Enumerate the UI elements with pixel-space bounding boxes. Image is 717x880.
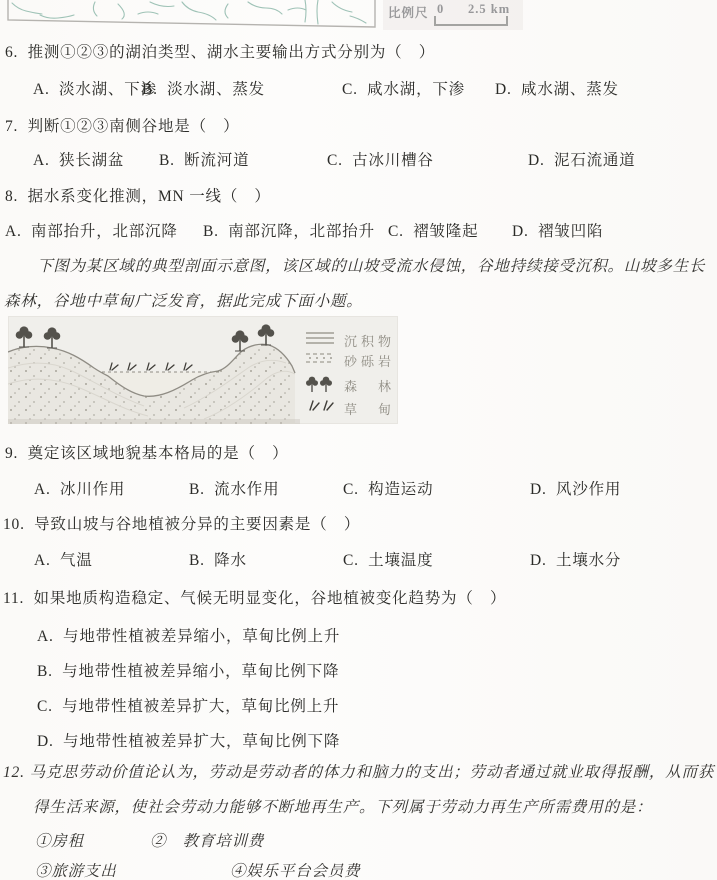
legend-label-gravel: 砂砾岩 xyxy=(344,351,395,370)
photo-bottom-smudge xyxy=(8,419,300,424)
q11-option-c: C. 与地带性植被差异扩大，草甸比例上升 xyxy=(37,696,339,718)
gravel-dots-icon xyxy=(304,350,336,366)
q10-option-d: D. 土壤水分 xyxy=(530,550,621,572)
q8-option-a: A. 南部抬升，北部沉降 xyxy=(5,221,178,243)
q12-item-4: ④娱乐平台会员费 xyxy=(230,861,360,880)
q6-options-row: A. 淡水湖、下渗 B. 淡水湖、蒸发 C. 咸水湖，下渗 D. 咸水湖、蒸发 xyxy=(0,79,717,101)
q9-option-a: A. 冰川作用 xyxy=(34,479,125,501)
q6-option-d: D. 咸水湖、蒸发 xyxy=(495,79,619,101)
q9-option-d: D. 风沙作用 xyxy=(530,479,621,501)
q6-option-a: A. 淡水湖、下渗 xyxy=(33,79,157,101)
q12-items-row-1: ①房租 ② 教育培训费 xyxy=(0,831,717,853)
q7-stem: 7. 判断①②③南侧谷地是（ ） xyxy=(5,116,239,138)
passage-line-1: 下图为某区域的典型剖面示意图，该区域的山坡受流水侵蚀，谷地持续接受沉积。山坡多生… xyxy=(37,256,705,278)
q8-options-row: A. 南部抬升，北部沉降 B. 南部沉降，北部抬升 C. 褶皱隆起 D. 褶皱凹… xyxy=(0,221,717,243)
q7-option-d: D. 泥石流通道 xyxy=(528,150,636,172)
scale-label: 比例尺 xyxy=(388,3,429,21)
exam-page: 比例尺 0 2.5 km 6. 推测①②③的湖泊类型、湖水主要输出方式分别为（ … xyxy=(0,0,717,880)
q9-stem: 9. 奠定该区域地貌基本格局的是（ ） xyxy=(5,443,288,465)
q8-option-d: D. 褶皱凹陷 xyxy=(512,221,603,243)
q12-item-2: ② 教育培训费 xyxy=(150,831,264,853)
q7-option-b: B. 断流河道 xyxy=(159,150,249,172)
q7-option-a: A. 狭长湖盆 xyxy=(33,150,124,172)
q11-stem: 11. 如果地质构造稳定、气候无明显变化，谷地植被变化趋势为（ ） xyxy=(3,588,506,610)
q12-item-3: ③旅游支出 xyxy=(35,861,117,880)
legend-label-meadow: 草 甸 xyxy=(344,399,395,418)
passage-line-2: 森林，谷地中草甸广泛发育，据此完成下面小题。 xyxy=(4,291,363,313)
q10-options-row: A. 气温 B. 降水 C. 土壤温度 D. 土壤水分 xyxy=(0,550,717,572)
q12-items-row-2: ③旅游支出 ④娱乐平台会员费 xyxy=(0,861,717,880)
legend-label-forest: 森 林 xyxy=(344,376,395,395)
map-figure-bottom-strip: 比例尺 0 2.5 km xyxy=(0,0,717,31)
q6-option-c: C. 咸水湖，下渗 xyxy=(342,79,465,101)
meadow-grass-icons xyxy=(110,363,192,370)
q9-options-row: A. 冰川作用 B. 流水作用 C. 构造运动 D. 风沙作用 xyxy=(0,479,717,501)
map-border xyxy=(8,0,375,27)
terrain-svg xyxy=(8,316,300,424)
q10-stem: 10. 导致山坡与谷地植被分异的主要因素是（ ） xyxy=(3,514,360,536)
q11-option-d: D. 与地带性植被差异扩大，草甸比例下降 xyxy=(37,731,340,753)
q7-options-row: A. 狭长湖盆 B. 断流河道 C. 古冰川槽谷 D. 泥石流通道 xyxy=(0,150,717,172)
scale-bar xyxy=(433,15,513,28)
tree-icons xyxy=(16,324,275,351)
q9-option-c: C. 构造运动 xyxy=(343,479,433,501)
legend-label-sediment: 沉积物 xyxy=(344,331,395,350)
q7-option-c: C. 古冰川槽谷 xyxy=(327,150,434,172)
map-rivers-svg xyxy=(0,0,717,31)
meadow-grass-icon xyxy=(304,398,336,412)
q8-option-b: B. 南部沉降，北部抬升 xyxy=(203,221,375,243)
q6-option-b: B. 淡水湖、蒸发 xyxy=(142,79,265,101)
q10-option-a: A. 气温 xyxy=(34,550,93,572)
q9-option-b: B. 流水作用 xyxy=(189,479,279,501)
q6-stem: 6. 推测①②③的湖泊类型、湖水主要输出方式分别为（ ） xyxy=(5,42,435,64)
sediment-lines-icon xyxy=(304,330,336,346)
q12-item-1: ①房租 xyxy=(35,831,84,853)
q10-option-c: C. 土壤温度 xyxy=(343,550,433,572)
forest-trees-icon xyxy=(304,372,336,394)
q11-option-a: A. 与地带性植被差异缩小，草甸比例上升 xyxy=(37,626,340,648)
q8-stem: 8. 据水系变化推测，MN 一线（ ） xyxy=(5,186,271,208)
q8-option-c: C. 褶皱隆起 xyxy=(388,221,478,243)
q12-stem-line-2: 得生活来源，使社会劳动力能够不断地再生产。下列属于劳动力再生产所需费用的是： xyxy=(33,797,652,819)
q11-option-b: B. 与地带性植被差异缩小，草甸比例下降 xyxy=(37,661,339,683)
q12-stem-line-1: 12. 马克思劳动价值论认为，劳动是劳动者的体力和脑力的支出；劳动者通过就业取得… xyxy=(3,762,714,784)
cross-section-diagram: 沉积物 砂砾岩 森 林 xyxy=(8,316,398,424)
q10-option-b: B. 降水 xyxy=(189,550,247,572)
